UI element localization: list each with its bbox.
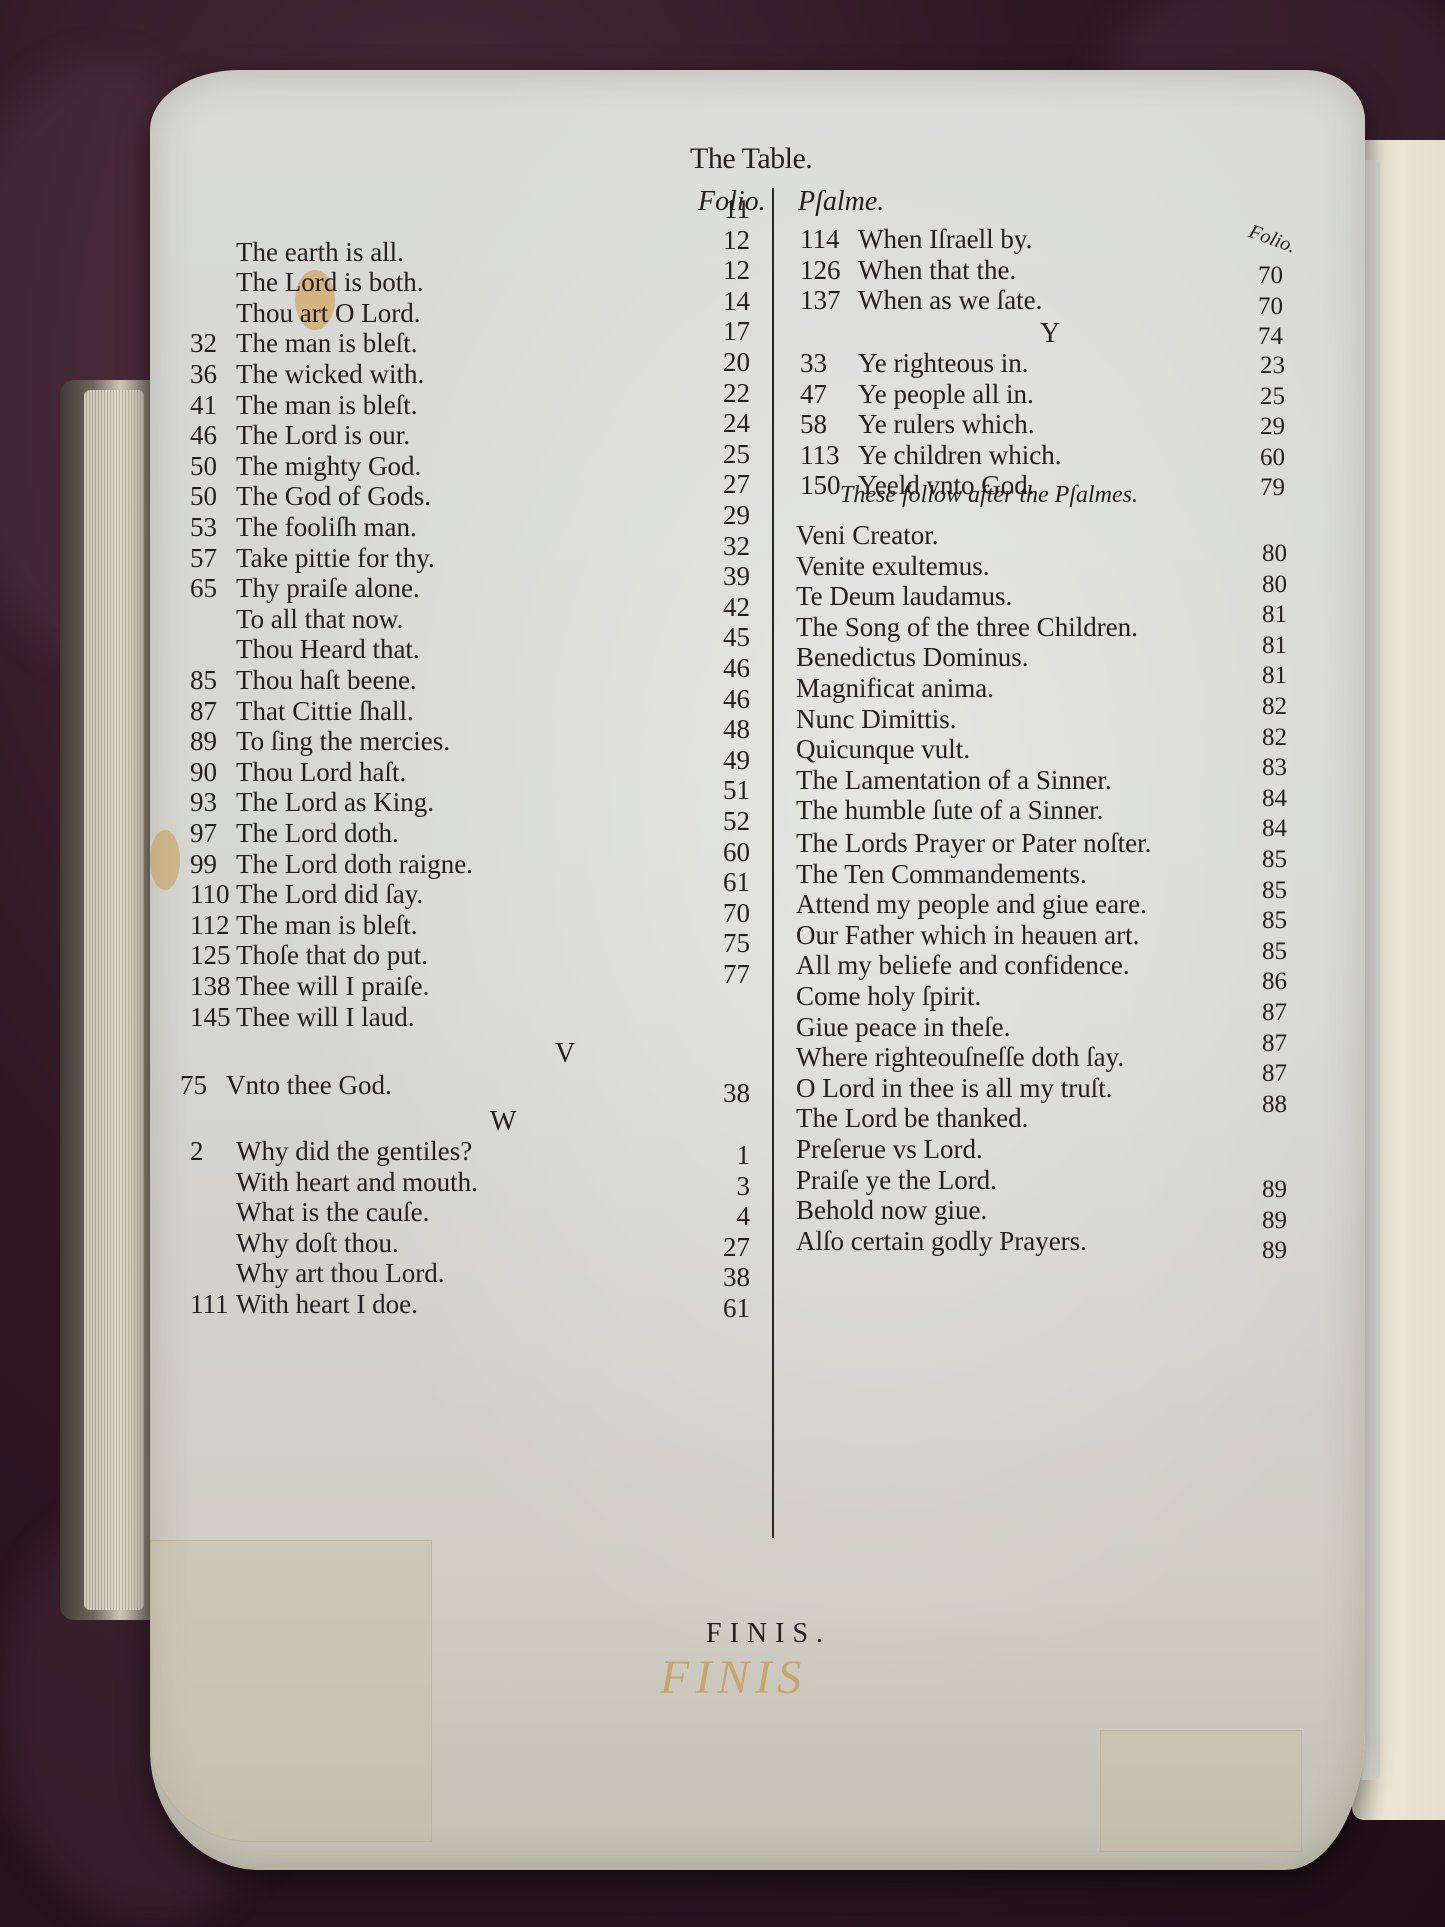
- after-psalms-heading: These follow after the Pſalmes.: [840, 482, 1138, 509]
- table-row: The Ten Commandements.: [796, 859, 1087, 890]
- table-row: 97The Lord doth.: [190, 818, 399, 849]
- folio-number: 60: [690, 837, 750, 868]
- entry-text: Nunc Dimittis.: [796, 704, 957, 734]
- folio-number: 42: [690, 592, 750, 623]
- entry-text: Thou Heard that.: [236, 634, 420, 664]
- table-row: The earth is all.: [190, 237, 404, 268]
- folio-number: 12: [690, 255, 750, 286]
- table-row: Preſerue vs Lord.: [796, 1134, 983, 1165]
- psalm-number: 138: [190, 971, 236, 1002]
- offset-finis: FINIS: [660, 1650, 807, 1705]
- folio-number: 60: [1260, 444, 1285, 472]
- folio-number: 24: [690, 408, 750, 439]
- table-row: 47Ye people all in.: [800, 379, 1034, 410]
- table-row: With heart and mouth.: [190, 1167, 478, 1198]
- entry-text: Come holy ſpirit.: [796, 981, 981, 1011]
- entry-text: Where righteouſneſſe doth ſay.: [796, 1042, 1124, 1072]
- entry-text: When that the.: [858, 255, 1016, 285]
- entry-text: Preſerue vs Lord.: [796, 1134, 983, 1164]
- entry-text: To ſing the mercies.: [236, 726, 450, 756]
- book-page: The Table. Folio. Pſalme. Folio. 11The e…: [150, 70, 1365, 1870]
- table-row: Magnificat anima.: [796, 673, 994, 704]
- table-row: The Lords Prayer or Pater noſter.: [796, 828, 1151, 859]
- table-row: 93The Lord as King.: [190, 787, 434, 818]
- section-letter-w: W: [490, 1106, 516, 1138]
- table-row: Why doſt thou.: [190, 1228, 399, 1259]
- table-row: Te Deum laudamus.: [796, 581, 1012, 612]
- table-row: All my beliefe and confidence.: [796, 950, 1130, 981]
- psalm-number: 41: [190, 390, 236, 421]
- entry-text: O Lord in thee is all my truſt.: [796, 1073, 1112, 1103]
- entry-text: The mighty God.: [236, 451, 421, 481]
- entry-text: Thee will I praiſe.: [236, 971, 429, 1001]
- folio-number: 85: [1262, 846, 1287, 874]
- psalm-number: 53: [190, 512, 236, 543]
- folio-number: 38: [690, 1078, 750, 1109]
- folio-number: 80: [1262, 540, 1287, 568]
- entry-text: Ye rulers which.: [858, 409, 1035, 439]
- table-row: Attend my people and giue eare.: [796, 889, 1147, 920]
- table-row: 145Thee will I laud.: [190, 1002, 414, 1033]
- entry-text: Behold now giue.: [796, 1195, 987, 1225]
- psalm-number: 58: [800, 409, 858, 440]
- table-row: 110The Lord did ſay.: [190, 879, 423, 910]
- folio-number: 27: [690, 469, 750, 500]
- folio-number: 29: [1260, 413, 1285, 441]
- folio-number: 80: [1262, 571, 1287, 599]
- psalm-number: 137: [800, 285, 858, 316]
- table-row: The Song of the three Children.: [796, 612, 1138, 643]
- section-letter-v: V: [555, 1038, 575, 1070]
- entry-text: Benedictus Dominus.: [796, 642, 1028, 672]
- entry-text: The Song of the three Children.: [796, 612, 1138, 642]
- entry-text: Alſo certain godly Prayers.: [796, 1226, 1087, 1256]
- folio-number: 83: [1262, 754, 1287, 782]
- psalm-number: 110: [190, 879, 236, 910]
- table-row: Benedictus Dominus.: [796, 642, 1028, 673]
- folio-number: 61: [690, 867, 750, 898]
- repair-tape: [1100, 1730, 1302, 1852]
- psalm-number: 2: [190, 1136, 236, 1167]
- folio-number: 29: [690, 500, 750, 531]
- table-row: 87That Cittie ſhall.: [190, 696, 414, 727]
- table-row: 99The Lord doth raigne.: [190, 849, 473, 880]
- folio-number: 89: [1262, 1237, 1287, 1265]
- section-letter-y: Y: [1040, 318, 1060, 350]
- table-row: 138Thee will I praiſe.: [190, 971, 429, 1002]
- entry-text: The humble ſute of a Sinner.: [796, 795, 1103, 825]
- psalm-number: 113: [800, 440, 858, 471]
- psalm-number: 36: [190, 359, 236, 390]
- entry-text: Thou haſt beene.: [236, 665, 417, 695]
- page-title: The Table.: [690, 142, 812, 176]
- entry-text: The Lord doth.: [236, 818, 399, 848]
- folio-number: 46: [690, 653, 750, 684]
- folio-number: 74: [1258, 323, 1283, 351]
- entry-text: The fooliſh man.: [236, 512, 417, 542]
- entry-text: Thy praiſe alone.: [236, 573, 420, 603]
- table-row: 53The fooliſh man.: [190, 512, 417, 543]
- folio-number: 51: [690, 775, 750, 806]
- folio-number: 87: [1262, 999, 1287, 1027]
- column-divider: [772, 188, 774, 1538]
- entry-text: Giue peace in theſe.: [796, 1012, 1010, 1042]
- entry-text: All my beliefe and confidence.: [796, 950, 1130, 980]
- table-row: The Lamentation of a Sinner.: [796, 765, 1112, 796]
- folio-number: 11: [690, 194, 750, 225]
- table-row: Where righteouſneſſe doth ſay.: [796, 1042, 1124, 1073]
- folio-number: 87: [1262, 1030, 1287, 1058]
- entry-text: Veni Creator.: [796, 520, 938, 550]
- table-row: Thou Heard that.: [190, 634, 420, 665]
- folio-number: 52: [690, 806, 750, 837]
- psalm-number: 93: [190, 787, 236, 818]
- psalm-number: 46: [190, 420, 236, 451]
- folio-number: 4: [690, 1201, 750, 1232]
- finis: FINIS.: [706, 1618, 831, 1650]
- entry-text: Why did the gentiles?: [236, 1136, 472, 1166]
- folio-number: 70: [690, 898, 750, 929]
- psalm-number: 89: [190, 726, 236, 757]
- folio-number: 27: [690, 1232, 750, 1263]
- table-row: 57Take pittie for thy.: [190, 543, 435, 574]
- folio-number: 61: [690, 1293, 750, 1324]
- entry-text: With heart and mouth.: [236, 1167, 478, 1197]
- psalm-number: 90: [190, 757, 236, 788]
- folio-number: 70: [1258, 293, 1283, 321]
- folio-number: 1: [690, 1140, 750, 1171]
- entry-text: Te Deum laudamus.: [796, 581, 1012, 611]
- entry-text: Thou Lord haſt.: [236, 757, 406, 787]
- folio-number: 22: [690, 378, 750, 409]
- table-row: Veni Creator.: [796, 520, 938, 551]
- folio-number: 12: [690, 225, 750, 256]
- folio-number: 25: [690, 439, 750, 470]
- table-row: 58Ye rulers which.: [800, 409, 1035, 440]
- table-row: Praiſe ye the Lord.: [796, 1165, 997, 1196]
- psalm-number: 32: [190, 328, 236, 359]
- entry-text: Thoſe that do put.: [236, 940, 428, 970]
- psalm-number: 33: [800, 348, 858, 379]
- entry-text: Quicunque vult.: [796, 734, 970, 764]
- entry-text: The Ten Commandements.: [796, 859, 1087, 889]
- folio-number: 89: [1262, 1207, 1287, 1235]
- table-row: Nunc Dimittis.: [796, 704, 957, 735]
- psalm-number: 99: [190, 849, 236, 880]
- table-row: 46The Lord is our.: [190, 420, 410, 451]
- table-row: The Lord is both.: [190, 267, 423, 298]
- folio-number: 89: [1262, 1176, 1287, 1204]
- folio-number: 85: [1262, 907, 1287, 935]
- table-row: 89To ſing the mercies.: [190, 726, 450, 757]
- folio-number: 82: [1262, 724, 1287, 752]
- entry-text: That Cittie ſhall.: [236, 696, 414, 726]
- folio-number: 88: [1262, 1091, 1287, 1119]
- table-row: Quicunque vult.: [796, 734, 970, 765]
- entry-text: Magnificat anima.: [796, 673, 994, 703]
- folio-number: 3: [690, 1171, 750, 1202]
- psalm-number: 87: [190, 696, 236, 727]
- right-psalme-header: Pſalme.: [798, 186, 884, 218]
- table-row: Venite exultemus.: [796, 551, 989, 582]
- folio-number: 85: [1262, 877, 1287, 905]
- entry-text: To all that now.: [236, 604, 403, 634]
- entry-text: The Lamentation of a Sinner.: [796, 765, 1112, 795]
- table-row: 85Thou haſt beene.: [190, 665, 417, 696]
- entry-text: Attend my people and giue eare.: [796, 889, 1147, 919]
- folio-number: 38: [690, 1262, 750, 1293]
- table-row: The Lord be thanked.: [796, 1103, 1028, 1134]
- entry-text: Ye children which.: [858, 440, 1061, 470]
- entry-text: The man is bleſt.: [236, 910, 417, 940]
- folio-number: 23: [1260, 352, 1285, 380]
- entry-text: The Lords Prayer or Pater noſter.: [796, 828, 1151, 858]
- table-row: O Lord in thee is all my truſt.: [796, 1073, 1112, 1104]
- folio-number: 20: [690, 347, 750, 378]
- page-stack: [84, 390, 144, 1610]
- psalm-number: 125: [190, 940, 236, 971]
- psalm-number: 112: [190, 910, 236, 941]
- table-row: 126When that the.: [800, 255, 1016, 286]
- folio-number: 45: [690, 622, 750, 653]
- table-row: 75Vnto thee God.: [180, 1070, 392, 1101]
- table-row: 41The man is bleſt.: [190, 390, 417, 421]
- folio-number: 79: [1260, 474, 1285, 502]
- table-row: Our Father which in heauen art.: [796, 920, 1139, 951]
- psalm-number: 85: [190, 665, 236, 696]
- table-row: Giue peace in theſe.: [796, 1012, 1010, 1043]
- table-row: 32The man is bleſt.: [190, 328, 417, 359]
- right-folio-header: Folio.: [1246, 220, 1299, 258]
- psalm-number: 50: [190, 481, 236, 512]
- table-row: 2Why did the gentiles?: [190, 1136, 472, 1167]
- entry-text: What is the cauſe.: [236, 1197, 429, 1227]
- entry-text: The Lord is our.: [236, 420, 410, 450]
- table-row: [190, 194, 236, 225]
- folio-number: 70: [1258, 262, 1283, 290]
- entry-text: The Lord be thanked.: [796, 1103, 1028, 1133]
- folio-number: 77: [690, 959, 750, 990]
- table-row: 113Ye children which.: [800, 440, 1061, 471]
- table-row: 50The God of Gods.: [190, 481, 431, 512]
- entry-text: Our Father which in heauen art.: [796, 920, 1139, 950]
- folio-number: 81: [1262, 601, 1287, 629]
- entry-text: Thee will I laud.: [236, 1002, 414, 1032]
- psalm-number: 97: [190, 818, 236, 849]
- entry-text: The earth is all.: [236, 237, 404, 267]
- folio-number: 39: [690, 561, 750, 592]
- folio-number: 81: [1262, 632, 1287, 660]
- table-row: 137When as we ſate.: [800, 285, 1042, 316]
- folio-number: 84: [1262, 815, 1287, 843]
- psalm-number: 47: [800, 379, 858, 410]
- psalm-number: 65: [190, 573, 236, 604]
- psalm-number: 50: [190, 451, 236, 482]
- folio-number: 86: [1262, 968, 1287, 996]
- stain: [150, 830, 180, 890]
- entry-text: When as we ſate.: [858, 285, 1042, 315]
- folio-number: 82: [1262, 693, 1287, 721]
- table-row: What is the cauſe.: [190, 1197, 429, 1228]
- entry-text: When Iſraell by.: [858, 224, 1032, 254]
- entry-text: Vnto thee God.: [226, 1070, 392, 1100]
- table-row: To all that now.: [190, 604, 403, 635]
- repair-tape: [150, 1540, 432, 1842]
- table-row: The humble ſute of a Sinner.: [796, 795, 1103, 826]
- entry-text: The man is bleſt.: [236, 328, 417, 358]
- entry-text: Why doſt thou.: [236, 1228, 399, 1258]
- entry-text: Ye righteous in.: [858, 348, 1029, 378]
- psalm-number: 145: [190, 1002, 236, 1033]
- table-row: Alſo certain godly Prayers.: [796, 1226, 1087, 1257]
- folio-number: 48: [690, 714, 750, 745]
- entry-text: The God of Gods.: [236, 481, 431, 511]
- psalm-number: 111: [190, 1289, 236, 1320]
- entry-text: Venite exultemus.: [796, 551, 989, 581]
- table-row: 111With heart I doe.: [190, 1289, 418, 1320]
- folio-number: 25: [1260, 383, 1285, 411]
- table-row: 112The man is bleſt.: [190, 910, 417, 941]
- folio-number: 85: [1262, 938, 1287, 966]
- facing-page: [1352, 140, 1445, 1820]
- table-row: Behold now giue.: [796, 1195, 987, 1226]
- folio-number: 84: [1262, 785, 1287, 813]
- folio-number: 81: [1262, 662, 1287, 690]
- entry-text: The Lord doth raigne.: [236, 849, 473, 879]
- table-row: 50The mighty God.: [190, 451, 421, 482]
- psalm-number: 114: [800, 224, 858, 255]
- folio-number: 46: [690, 684, 750, 715]
- folio-number: 87: [1262, 1060, 1287, 1088]
- entry-text: The Lord is both.: [236, 267, 423, 297]
- table-row: 36The wicked with.: [190, 359, 424, 390]
- entry-text: The Lord did ſay.: [236, 879, 423, 909]
- psalm-number: 57: [190, 543, 236, 574]
- folio-number: 17: [690, 316, 750, 347]
- entry-text: The man is bleſt.: [236, 390, 417, 420]
- table-row: 90Thou Lord haſt.: [190, 757, 406, 788]
- table-row: Thou art O Lord.: [190, 298, 420, 329]
- entry-text: Ye people all in.: [858, 379, 1034, 409]
- entry-text: The Lord as King.: [236, 787, 434, 817]
- entry-text: Thou art O Lord.: [236, 298, 420, 328]
- folio-number: 14: [690, 286, 750, 317]
- psalm-number: 126: [800, 255, 858, 286]
- entry-text: Why art thou Lord.: [236, 1258, 444, 1288]
- table-row: Come holy ſpirit.: [796, 981, 981, 1012]
- table-row: 114When Iſraell by.: [800, 224, 1032, 255]
- entry-text: Praiſe ye the Lord.: [796, 1165, 997, 1195]
- entry-text: With heart I doe.: [236, 1289, 418, 1319]
- entry-text: Take pittie for thy.: [236, 543, 435, 573]
- folio-number: 32: [690, 531, 750, 562]
- entry-text: The wicked with.: [236, 359, 424, 389]
- table-row: 65Thy praiſe alone.: [190, 573, 420, 604]
- folio-number: 75: [690, 928, 750, 959]
- folio-number: 49: [690, 745, 750, 776]
- table-row: 33Ye righteous in.: [800, 348, 1029, 379]
- table-row: Why art thou Lord.: [190, 1258, 444, 1289]
- table-row: 125Thoſe that do put.: [190, 940, 428, 971]
- psalm-number: 75: [180, 1070, 226, 1101]
